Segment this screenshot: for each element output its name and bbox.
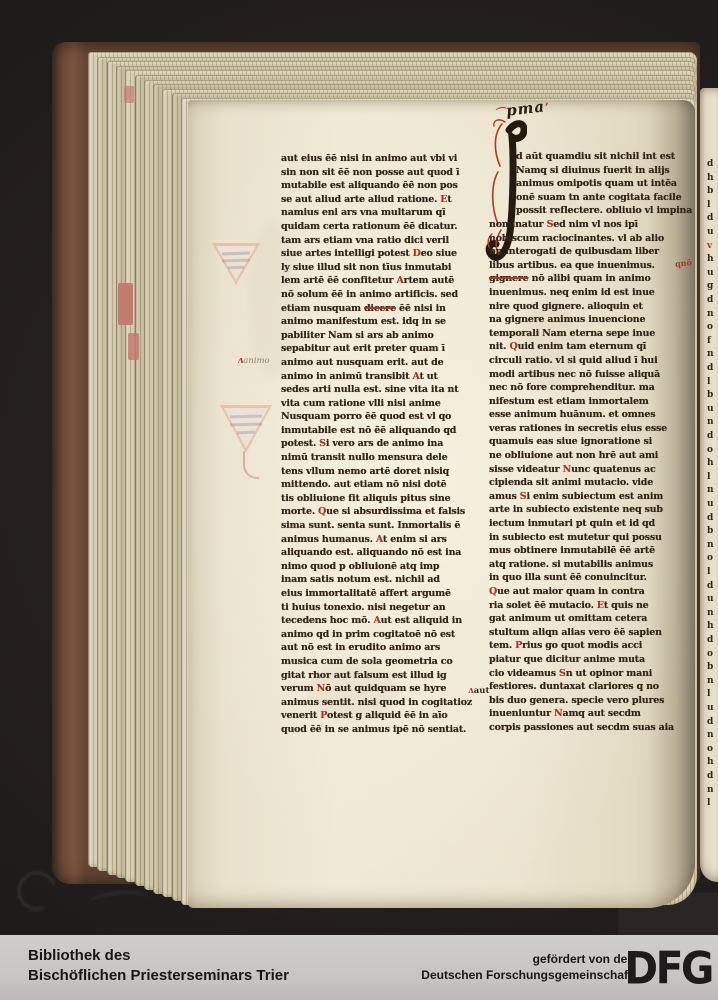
facing-page-letter-fragment: b [707,185,718,199]
manuscript-line: in subiecto est mutetur qui possu [489,531,684,545]
facing-page-letter-fragment: d [707,512,718,526]
manuscript-line: inueniuntur Namq aut secdm [489,707,684,721]
bookmark-tab [128,333,139,360]
manuscript-line: animus omipotis quam ut intēa [489,177,684,191]
manuscript-line: mus obtinere inmutabilē ēē artē [489,544,684,558]
manuscript-line: aut eius ēē nisi in animo aut vbi vi [281,152,481,166]
facing-page-letter-fragment: l [707,688,718,702]
manuscript-line: iectum inmutari pt quin et id qd [489,517,684,531]
manuscript-line: nimo quod p obliuionē atq imp [281,560,481,574]
facing-page-letter-fragment: n [707,484,718,498]
text-column-right: d aūt quamdiu sit nichil int estNamq si … [489,150,684,735]
facing-page-letter-fragment: n [707,675,718,689]
manuscript-line: ria solet ēē mutacio. Et quis ne [489,599,684,613]
manuscript-line: animus humanus. At enim si ars [281,533,481,547]
facing-page-letter-fragment: o [707,321,718,335]
funding-note-line1: gefördert von der [421,951,632,967]
manuscript-line: tens vllum nemo artē doret nisiq [281,465,481,479]
facing-page-letter-fragment: u [707,267,718,281]
manuscript-line: aliquando est. aliquando nō est ina [281,546,481,560]
manuscript-line: gitat rhor aut falsum est illud ig [281,669,481,683]
facing-page-letter-fragment: l [707,199,718,213]
manuscript-line: quamuis eas siue ignoratione si [489,435,684,449]
manuscript-line: gignere nō alibi quam in animo [489,272,684,286]
manuscript-line: nominatur Sed nim vl nos ipī [489,218,684,232]
bookmark-tab [124,86,134,103]
manuscript-line: cipienda sit animi mutacio. vide [489,476,684,490]
manuscript-line: onē suam tn ante cogitata facile [489,191,684,205]
marginal-note: ʌaut [468,686,489,696]
manuscript-line: ti huius tonexio. nisi negetur an [281,601,481,615]
manuscript-line: arte in subiecto existente neq sub [489,503,684,517]
facing-page-letter-fragment: u [707,403,718,417]
manuscript-line: sisse videatur Nunc quatenus ac [489,463,684,477]
marginal-note: qnō [675,257,693,269]
manuscript-line: eius immortalitatē affert argumē [281,587,481,601]
manuscript-line: ly siue illud sit non tīus inmutabi [281,261,481,275]
facing-page-letter-fragment: d [707,212,718,226]
facing-page-letter-fragment: d [707,158,718,172]
manuscript-line: potest. Si vero ars de animo ina [281,437,481,451]
facing-page-letter-fragment: d [707,770,718,784]
facing-page-letter-fragment: f [707,335,718,349]
triangle-mark-icon [212,243,260,285]
facing-page-letter-fragment: u [707,702,718,716]
manuscript-line: verum Nō aut quidquam se hyre [281,682,481,696]
facing-page-letter-fragment: g [707,280,718,294]
manuscript-line: veras rationes in secretis eius esse [489,422,684,436]
triangle-mark-icon [220,405,272,453]
manuscript-line: d aūt quamdiu sit nichil int est [489,150,684,164]
manuscript-line: sedes arti nulla est. sine vita ita nt [281,383,481,397]
facing-page-letter-fragment: d [707,430,718,444]
nota-tail [243,451,259,479]
facing-page-letter-fragment: d [707,580,718,594]
manuscript-line: corpis passiones aut secdm suas aia [489,721,684,735]
insertion-caret: ʌ [238,356,243,366]
manuscript-line: tem. Prius go quot modis acci [489,639,684,653]
facing-page-letter-fragment: h [707,620,718,634]
facing-page-letter-fragment: l [707,566,718,580]
library-name-line2: Bischöflichen Priesterseminars Trier [28,966,289,986]
manuscript-line: libus artibus. ea que inuenimus. [489,259,684,273]
manuscript-line: morte. Que si absurdissima et falsis [281,505,481,519]
facing-page-letter-fragment: l [707,797,718,811]
facing-page-letter-fragment: o [707,444,718,458]
facing-page-letter-fragment: h [707,172,718,186]
manuscript-line: cio videamus Sn ut opinor mani [489,667,684,681]
photo-area: ⌒pmaʼ aut eius ēē nisi in animo aut vbi … [0,0,718,935]
manuscript-line: mittendo. aut etiam nō nisi dotē [281,478,481,492]
library-name-line1: Bibliothek des [28,946,289,966]
funding-note: gefördert von der Deutschen Forschungsge… [421,951,632,983]
chalk-mark [87,889,149,913]
manuscript-line: bis duo genera. specie vero plures [489,694,684,708]
text-column-left: aut eius ēē nisi in animo aut vbi visin … [281,152,481,737]
facing-page-letter-fragment: l [707,376,718,390]
manuscript-line: inuenimus. neq enim id est inue [489,286,684,300]
facing-page-letter-fragment: l [707,471,718,485]
manuscript-line: tecedens hoc mō. Aut est aliquid in [281,614,481,628]
manuscript-line: animo aut nusquam erit. aut de [281,356,481,370]
footer-banner: Bibliothek des Bischöflichen Priestersem… [0,935,718,1000]
manuscript-line: atq ratione. si mutabilis animus [489,558,684,572]
facing-page-letter-fragment: b [707,661,718,675]
manuscript-line: tis obliuione fit aliquis pitus sine [281,492,481,506]
digitized-manuscript-photo: ⌒pmaʼ aut eius ēē nisi in animo aut vbi … [0,0,718,1000]
manuscript-line: ne obliuione aut non hrē aut ami [489,449,684,463]
manuscript-line: mutabile est aliquando ēē non pos [281,179,481,193]
manuscript-line: sin non sit ēē non posse aut quod ī [281,166,481,180]
library-name: Bibliothek des Bischöflichen Priestersem… [28,946,289,986]
facing-page-letter-fragment: u [707,498,718,512]
manuscript-line: nec nō fore comprehenditur. ma [489,381,684,395]
manuscript-line: sima sunt. senta sunt. Inmortalis ē [281,519,481,533]
manuscript-line: Que aut maior quam in contra [489,585,684,599]
dfg-logo: DFG [624,943,712,995]
manuscript-line: nobiscum raciocinantes. vl ab alio [489,232,684,246]
facing-page-letter-fragment: h [707,253,718,267]
manuscript-line: pabiliter Nam si ars ab animo [281,329,481,343]
manuscript-line: Nusquam porro ēē quod est vl qo [281,410,481,424]
marginal-note: ʌanimo [238,356,270,366]
manuscript-line: nō solum ēē in animo artificis. sed [281,288,481,302]
facing-page-letter-fragment: n [707,308,718,322]
facing-page-letter-fragment: h [707,756,718,770]
manuscript-line: amus Si enim subiectum est anim [489,490,684,504]
manuscript-line: tam ars etiam vna ratio dici veril [281,234,481,248]
manuscript-line: vita cum ratione vlli nisi anime [281,397,481,411]
manuscript-line: nimū transit nullo mensura dele [281,451,481,465]
insertion-caret: ʌ [468,686,474,696]
facing-page-letter-fragment: o [707,743,718,757]
manuscript-line: quidam certa rationum ēē dicatur. [281,220,481,234]
manuscript-line: nit. Quid enim tam eternum qī [489,340,684,354]
manuscript-line: musica cum de sola geometria co [281,655,481,669]
facing-page-letter-fragment: d [707,362,718,376]
facing-page-letter-fragment: o [707,552,718,566]
manuscript-line: venerit Potest g aliquid ēē in aīo [281,709,481,723]
facing-page-letter-fragment: h [707,457,718,471]
facing-page-letter-fragment: d [707,634,718,648]
manuscript-line: circuli ratio. vl si quid aliud ī hui [489,354,684,368]
facing-page-letter-fragment: v [707,240,718,254]
manuscript-line: se aut aliud arte aliud ratione. Et [281,193,481,207]
facing-page-letter-fragment: n [707,348,718,362]
manuscript-line: nire quod gignere. alioquin et [489,300,684,314]
facing-page-letter-fragment: d [707,716,718,730]
manuscript-line: siue artes intelligi potest Deo siue [281,247,481,261]
bookmark-tab [118,283,133,325]
facing-page-letter-fragment: b [707,525,718,539]
manuscript-line: inmutabile est nō ēē aliquando qd [281,424,481,438]
manuscript-line: piatur que dicitur anime muta [489,653,684,667]
facing-page-letter-fragment: n [707,607,718,621]
manuscript-line: stultum aliqn alias vero ēē sapien [489,626,684,640]
manuscript-line: gat animum ut omittam cetera [489,612,684,626]
facing-page-letter-fragment: n [707,539,718,553]
manuscript-line: na gignere animus inuencione [489,313,684,327]
manuscript-line: sepabitur aut erit preter quam ī [281,342,481,356]
facing-page-edge: dhblduvhugdnofndlbundohlnudbnoldunhdobnl… [700,88,718,882]
manuscript-line: temporali Nam eterna sepe inue [489,327,684,341]
facing-page-letter-fragment: u [707,226,718,240]
nota-mark [220,405,272,453]
facing-page-letter-fragment: b [707,389,718,403]
manuscript-line: animus sentit. nisi quod in cogitatioz [281,696,481,710]
manuscript-line: etiam nusquam dicere ēē nisi in [281,302,481,316]
nota-mark [212,243,260,285]
manuscript-line: lem artē ēē confitetur Artem autē [281,274,481,288]
manuscript-line: animo in animū transibit At ut [281,370,481,384]
manuscript-line: quod ēē in se animus ipē nō sentiat. [281,723,481,737]
manuscript-line: modi artibus nec nō fuisse aliquā [489,368,684,382]
manuscript-line: inam satis notum est. nichil ad [281,573,481,587]
facing-page-letter-fragment: n [707,784,718,798]
manuscript-line: nifestum est etiam inmortalem [489,395,684,409]
facing-page-letter-fragment: u [707,593,718,607]
facing-page-letter-fragment: d [707,294,718,308]
facing-page-letter-fragment: n [707,729,718,743]
manuscript-page: ⌒pmaʼ aut eius ēē nisi in animo aut vbi … [188,100,695,908]
facing-page-letter-fragment: o [707,648,718,662]
manuscript-line: animo qd in prim cogitatoē nō est [281,628,481,642]
facing-page-letter-fragment: n [707,416,718,430]
manuscript-line: Namq si diuinus fuerit in alijs [489,164,684,178]
manuscript-line: bn interogati de quibusdam liber [489,245,684,259]
manuscript-line: aut nō est in erudito animo ars [281,641,481,655]
funding-note-line2: Deutschen Forschungsgemeinschaft [421,967,632,983]
manuscript-line: festiores. duntaxat clariores q no [489,680,684,694]
manuscript-line: in quo illa sunt ēē conuincitur. [489,571,684,585]
manuscript-line: animo manifestum est. idq in se [281,315,481,329]
manuscript-line: namius eni ars vna multarum qī [281,206,481,220]
manuscript-line: possit reflectere. obliuio vl impina [489,204,684,218]
manuscript-line: esse animum huānum. et omnes [489,408,684,422]
